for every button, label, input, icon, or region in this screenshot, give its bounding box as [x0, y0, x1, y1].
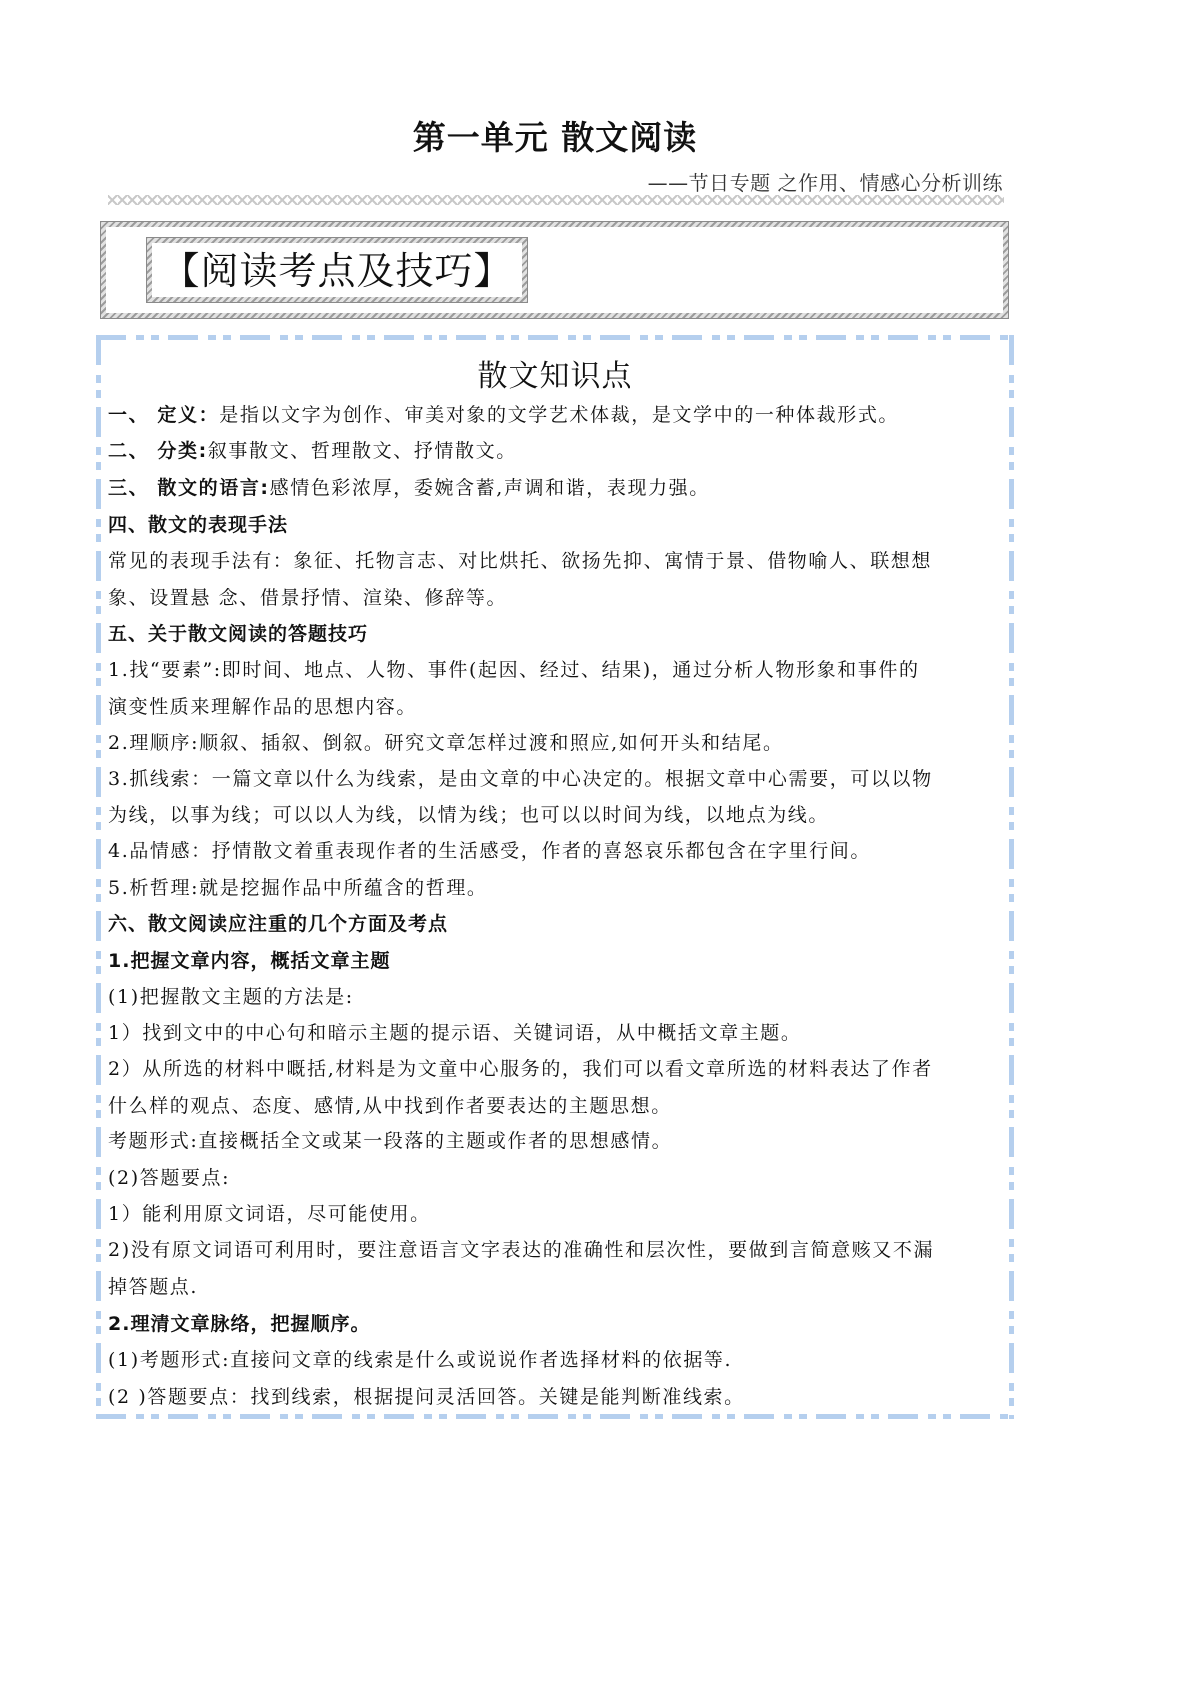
dashed-border-right	[1009, 335, 1014, 1419]
paragraph-line: 1.找“要素”:即时间、地点、人物、事件(起因、经过、结果)，通过分析人物形象和…	[108, 658, 1008, 682]
heading-answer-skills: 五、关于散文阅读的答题技巧	[108, 622, 1008, 646]
paragraph-line: 考题形式:直接概括全文或某一段落的主题或作者的思想感情。	[108, 1129, 1008, 1153]
line-language: 三、 散文的语言:感情色彩浓厚，委婉含蓄,声调和谐，表现力强。	[108, 476, 1008, 500]
paragraph-line: 2.理顺序:顺叙、插叙、倒叙。研究文章怎样过渡和照应,如何开头和结尾。	[108, 731, 1008, 755]
banner-inner-frame: 【阅读考点及技巧】	[146, 237, 528, 303]
line-classification: 二、 分类:叙事散文、哲理散文、抒情散文。	[108, 439, 1008, 463]
document-title: 第一单元 散文阅读	[0, 112, 1110, 159]
line-label: 一、 定义：	[108, 404, 219, 426]
knowledge-box: 散文知识点 一、 定义：是指以文字为创作、审美对象的文学艺术体裁，是文学中的一种…	[96, 335, 1014, 1419]
line-text: 感情色彩浓厚，委婉含蓄,声调和谐，表现力强。	[270, 477, 710, 499]
paragraph-line: 1）找到文中的中心句和暗示主题的提示语、关键词语，从中概括文章主题。	[108, 1021, 1008, 1045]
document-subtitle: ——节日专题 之作用、情感心分析训练	[648, 167, 1003, 196]
subheading-theme: 1.把握文章内容，概括文章主题	[108, 949, 1008, 973]
paragraph-line: 4.品情感：抒情散文着重表现作者的生活感受，作者的喜怒哀乐都包含在字里行间。	[108, 839, 1008, 863]
line-label: 二、 分类:	[108, 440, 208, 462]
paragraph-line: (2 )答题要点：找到线索，根据提问灵活回答。关键是能判断准线索。	[108, 1385, 1008, 1409]
heading-techniques: 四、散文的表现手法	[108, 513, 1008, 537]
paragraph-line: (2)答题要点:	[108, 1166, 1008, 1190]
line-label: 三、 散文的语言:	[108, 477, 270, 499]
paragraph-line: 常见的表现手法有：象征、托物言志、对比烘托、欲扬先抑、寓情于景、借物喻人、联想想	[108, 549, 1008, 573]
paragraph-line: 1）能利用原文词语，尽可能使用。	[108, 1202, 1008, 1226]
dashed-border-top	[96, 335, 1014, 340]
line-definition: 一、 定义：是指以文字为创作、审美对象的文学艺术体裁，是文学中的一种体裁形式。	[108, 403, 1008, 427]
line-text: 叙事散文、哲理散文、抒情散文。	[208, 440, 517, 462]
dashed-border-bottom	[96, 1414, 1014, 1419]
subheading-structure: 2.理清文章脉络，把握顺序。	[108, 1312, 1008, 1336]
paragraph-line: (1)把握散文主题的方法是:	[108, 985, 1008, 1009]
paragraph-line: 掉答题点.	[108, 1275, 1008, 1299]
paragraph-line: 什么样的观点、态度、感情,从中找到作者要表达的主题思想。	[108, 1094, 1008, 1118]
zigzag-divider	[108, 195, 1004, 205]
banner-heading: 【阅读考点及技巧】	[152, 249, 522, 293]
paragraph-line: 2)没有原文词语可利用时，要注意语言文字表达的准确性和层次性，要做到言简意赅又不…	[108, 1238, 1008, 1262]
heading-exam-points: 六、散文阅读应注重的几个方面及考点	[108, 912, 1008, 936]
paragraph-line: 3.抓线索：一篇文章以什么为线索，是由文章的中心决定的。根据文章中心需要，可以以…	[108, 767, 1008, 791]
paragraph-line: 象、设置悬 念、借景抒情、渲染、修辞等。	[108, 586, 1008, 610]
line-text: 是指以文字为创作、审美对象的文学艺术体裁，是文学中的一种体裁形式。	[219, 404, 899, 426]
knowledge-box-title: 散文知识点	[96, 351, 1014, 395]
paragraph-line: (1)考题形式:直接问文章的线索是什么或说说作者选择材料的依据等.	[108, 1348, 1008, 1372]
dashed-border-left	[96, 335, 101, 1419]
paragraph-line: 演变性质来理解作品的思想内容。	[108, 695, 1008, 719]
paragraph-line: 为线，以事为线；可以以人为线，以情为线；也可以以时间为线，以地点为线。	[108, 803, 1008, 827]
paragraph-line: 2）从所选的材料中嘅括,材料是为文童中心服务的，我们可以看文章所选的材料表达了作…	[108, 1057, 1008, 1081]
paragraph-line: 5.析哲理:就是挖掘作品中所蕴含的哲理。	[108, 876, 1008, 900]
